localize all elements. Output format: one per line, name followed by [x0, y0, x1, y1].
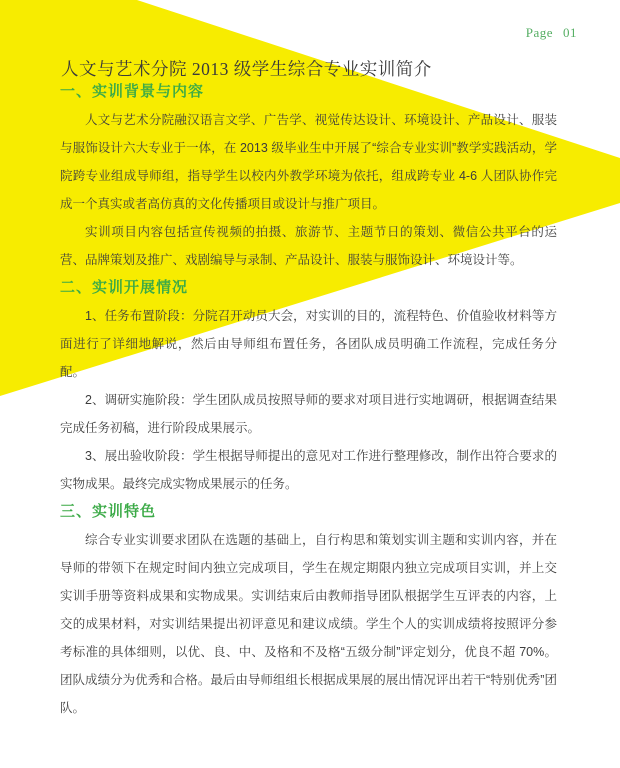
paragraph-background-2: 实训项目内容包括宣传视频的拍摄、旅游节、主题节日的策划、微信公共平台的运营、品牌…	[60, 218, 557, 274]
paragraph-features: 综合专业实训要求团队在选题的基础上，自行构思和策划实训主题和实训内容，并在导师的…	[60, 526, 557, 722]
section-heading-features: 三、实训特色	[60, 498, 557, 526]
section-heading-progress: 二、实训开展情况	[60, 274, 557, 302]
paragraph-background-1: 人文与艺术分院融汉语言文学、广告学、视觉传达设计、环境设计、产品设计、服装与服饰…	[60, 106, 557, 218]
document-body: 一、实训背景与内容 人文与艺术分院融汉语言文学、广告学、视觉传达设计、环境设计、…	[60, 78, 557, 722]
section-heading-background: 一、实训背景与内容	[60, 78, 557, 106]
document-page: Page01 人文与艺术分院 2013 级学生综合专业实训简介 一、实训背景与内…	[0, 0, 620, 768]
paragraph-stage-1: 1、任务布置阶段：分院召开动员大会，对实训的目的，流程特色、价值验收材料等方面进…	[60, 302, 557, 386]
paragraph-stage-2: 2、调研实施阶段：学生团队成员按照导师的要求对项目进行实地调研，根据调查结果完成…	[60, 386, 557, 442]
page-number-value: 01	[563, 25, 577, 40]
page-number: Page01	[526, 25, 577, 41]
page-number-label: Page	[526, 25, 553, 40]
paragraph-stage-3: 3、展出验收阶段：学生根据导师提出的意见对工作进行整理修改，制作出符合要求的实物…	[60, 442, 557, 498]
